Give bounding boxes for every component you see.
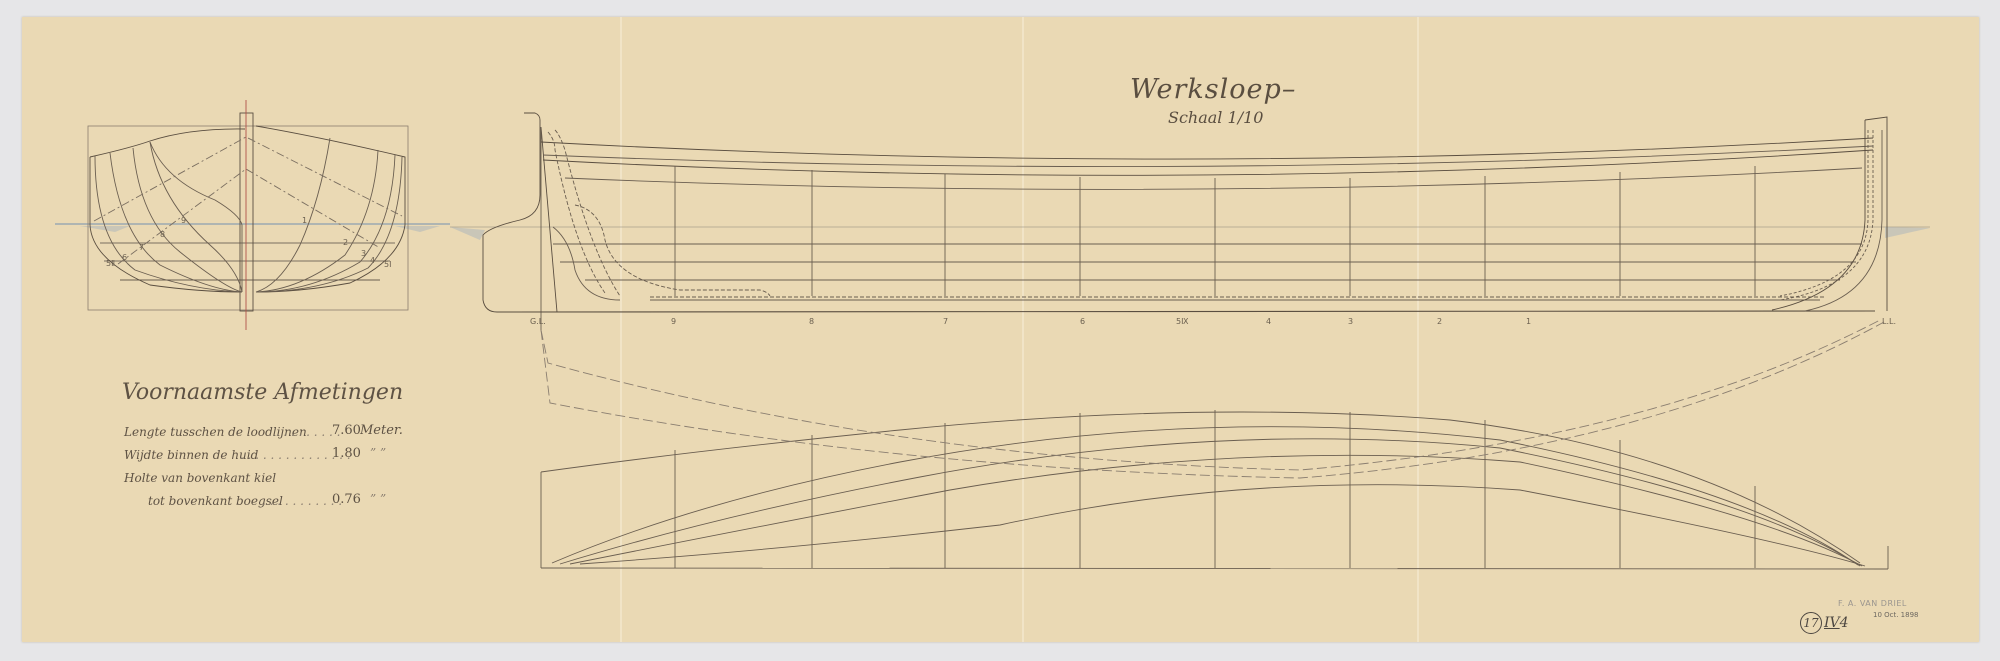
- spec-unit: ” ”: [370, 446, 386, 460]
- section-label: 8: [160, 230, 165, 239]
- section-label: 4: [370, 256, 375, 265]
- stamp-date: 10 Oct. 1898: [1873, 611, 1919, 619]
- spec-unit: Meter.: [360, 423, 403, 438]
- plan-view: [541, 320, 1888, 569]
- profile-view: [450, 113, 1930, 330]
- archive-sub: 4: [1840, 615, 1849, 631]
- station-label: G.L.: [530, 317, 546, 326]
- archive-roman: IV: [1824, 615, 1840, 631]
- station-label: 2: [1437, 317, 1442, 326]
- body-plan: [55, 100, 450, 330]
- section-label: 5Ⅱ: [106, 259, 115, 268]
- archive-circle-number: 17: [1800, 612, 1822, 634]
- spec-label: Holte van bovenkant kiel: [124, 471, 276, 485]
- spec-label: Wijdte binnen de huid: [124, 448, 258, 462]
- section-label: 5Ⅰ: [384, 260, 391, 269]
- section-label: 6: [122, 253, 127, 262]
- section-label: 2: [343, 238, 348, 247]
- station-label: 5Ⅸ: [1176, 317, 1188, 326]
- section-label: 9: [181, 216, 186, 225]
- maker-stamp: F. A. VAN DRIEL: [1838, 599, 1907, 608]
- spec-leader-dots: . . . . . . . . . .: [268, 425, 340, 439]
- spec-value: 1.80: [332, 446, 361, 461]
- station-label: 3: [1348, 317, 1353, 326]
- station-label: 6: [1080, 317, 1085, 326]
- spec-unit: ” ”: [370, 492, 386, 506]
- spec-value: 0.76: [332, 492, 361, 507]
- station-label: 1: [1526, 317, 1531, 326]
- station-label: L.L.: [1882, 317, 1896, 326]
- station-label: 8: [809, 317, 814, 326]
- ship-lines-drawing: [0, 0, 2000, 661]
- title-text: Werksloep: [1130, 74, 1282, 105]
- scale-label: Schaal 1/10: [1168, 108, 1263, 127]
- spec-leader-dots: . . . . . . . . . . .: [262, 494, 342, 508]
- section-label: 7: [139, 243, 144, 252]
- drawing-title: Werksloep–: [1130, 74, 1296, 105]
- spec-value: 7.60: [332, 423, 361, 438]
- section-label: 1: [302, 216, 307, 225]
- archive-reference: 17IV4: [1800, 612, 1849, 634]
- station-label: 4: [1266, 317, 1271, 326]
- specs-heading: Voornaamste Afmetingen: [122, 380, 403, 405]
- station-label: 9: [671, 317, 676, 326]
- section-label: 3: [361, 249, 366, 258]
- title-dash: –: [1282, 74, 1297, 105]
- station-label: 7: [943, 317, 948, 326]
